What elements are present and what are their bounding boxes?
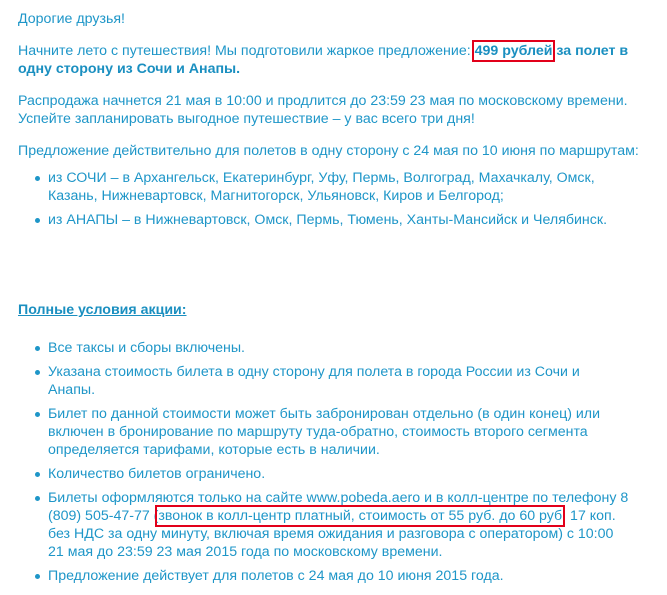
price-highlight: 499 рублей bbox=[475, 43, 553, 59]
site-link[interactable]: www.pobeda.aero bbox=[307, 490, 421, 506]
route-item-sochi: из СОЧИ – в Архангельск, Екатеринбург, У… bbox=[48, 169, 649, 205]
offer-intro: Предложение действительно для полетов в … bbox=[18, 142, 649, 160]
booking-text: Билеты оформляются только на сайте bbox=[48, 490, 307, 506]
condition-item: Предложение действует для полетов с 24 м… bbox=[48, 567, 649, 585]
condition-item: Билет по данной стоимости может быть заб… bbox=[48, 405, 649, 459]
condition-item: Количество билетов ограничено. bbox=[48, 465, 649, 483]
intro-paragraph: Начните лето с путешествия! Мы подготови… bbox=[18, 42, 649, 78]
sale-line-1: Распродажа начнется 21 мая в 10:00 и про… bbox=[18, 93, 628, 109]
condition-item: Все таксы и сборы включены. bbox=[48, 339, 649, 357]
sale-paragraph: Распродажа начнется 21 мая в 10:00 и про… bbox=[18, 92, 649, 128]
condition-item-booking: Билеты оформляются только на сайте www.p… bbox=[48, 489, 649, 561]
sale-line-2: Успейте запланировать выгодное путешеств… bbox=[18, 111, 475, 127]
conditions-title[interactable]: Полные условия акции: bbox=[18, 301, 649, 319]
route-item-anapa: из АНАПЫ – в Нижневартовск, Омск, Пермь,… bbox=[48, 211, 649, 229]
routes-list: из СОЧИ – в Архангельск, Екатеринбург, У… bbox=[18, 169, 649, 229]
call-cost-highlight: звонок в колл-центр платный, стоимость о… bbox=[158, 508, 562, 524]
conditions-list: Все таксы и сборы включены. Указана стои… bbox=[18, 339, 649, 585]
condition-item: Указана стоимость билета в одну сторону … bbox=[48, 363, 649, 399]
greeting: Дорогие друзья! bbox=[18, 10, 649, 28]
promo-email: Дорогие друзья! Начните лето с путешеств… bbox=[0, 0, 667, 585]
intro-text: Начните лето с путешествия! Мы подготови… bbox=[18, 43, 475, 59]
